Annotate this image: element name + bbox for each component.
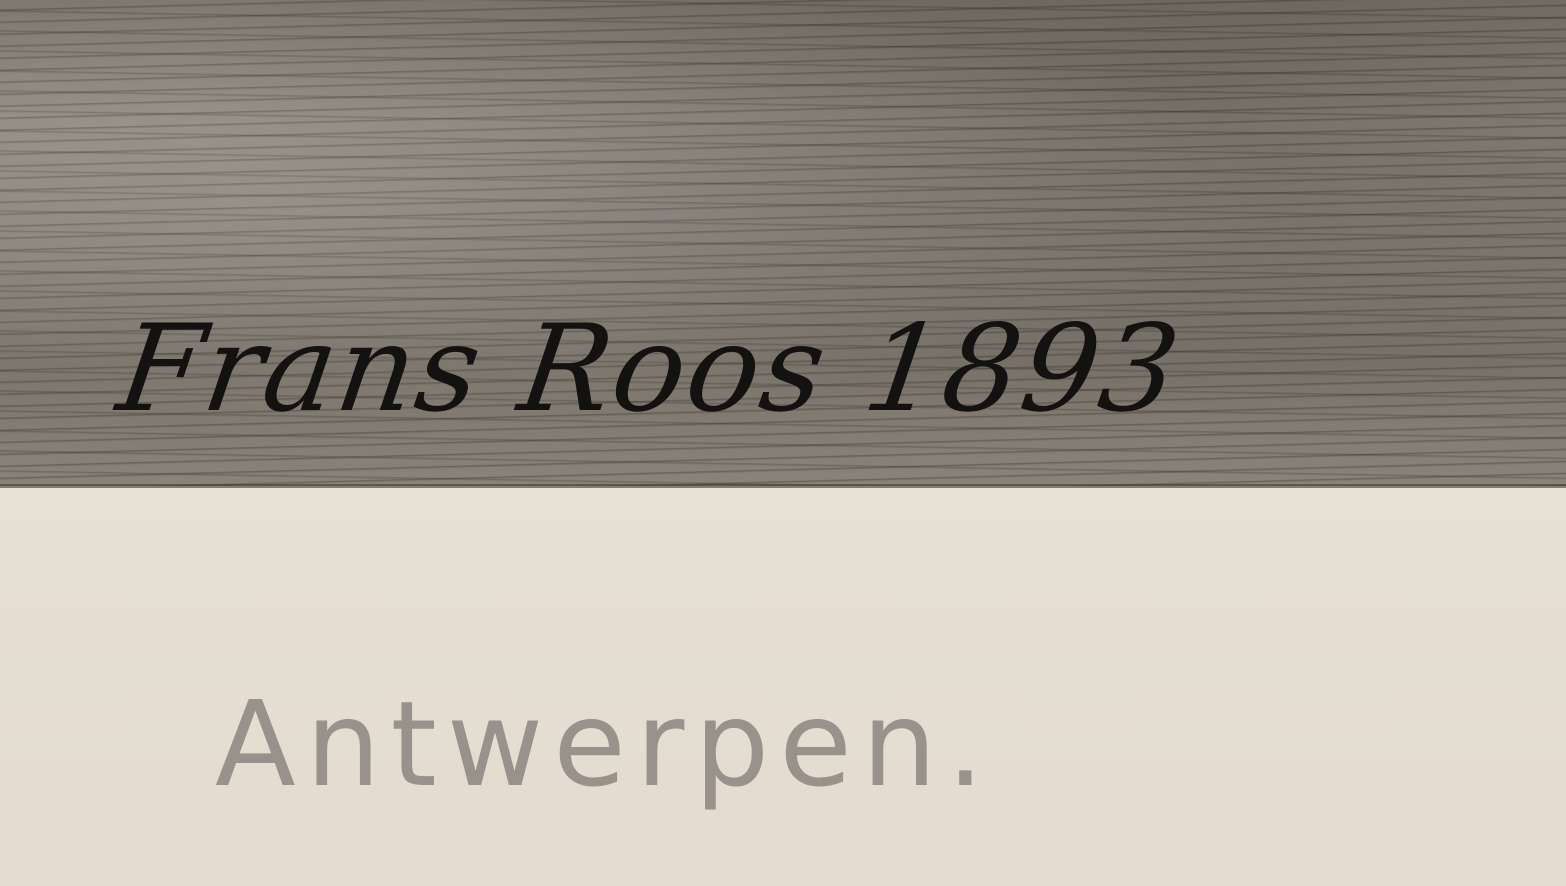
pencil-inscription: Antwerpen. — [215, 675, 994, 813]
artist-signature: Frans Roos 1893 — [110, 300, 1189, 439]
etched-plate-area: Frans Roos 1893 — [0, 0, 1566, 486]
